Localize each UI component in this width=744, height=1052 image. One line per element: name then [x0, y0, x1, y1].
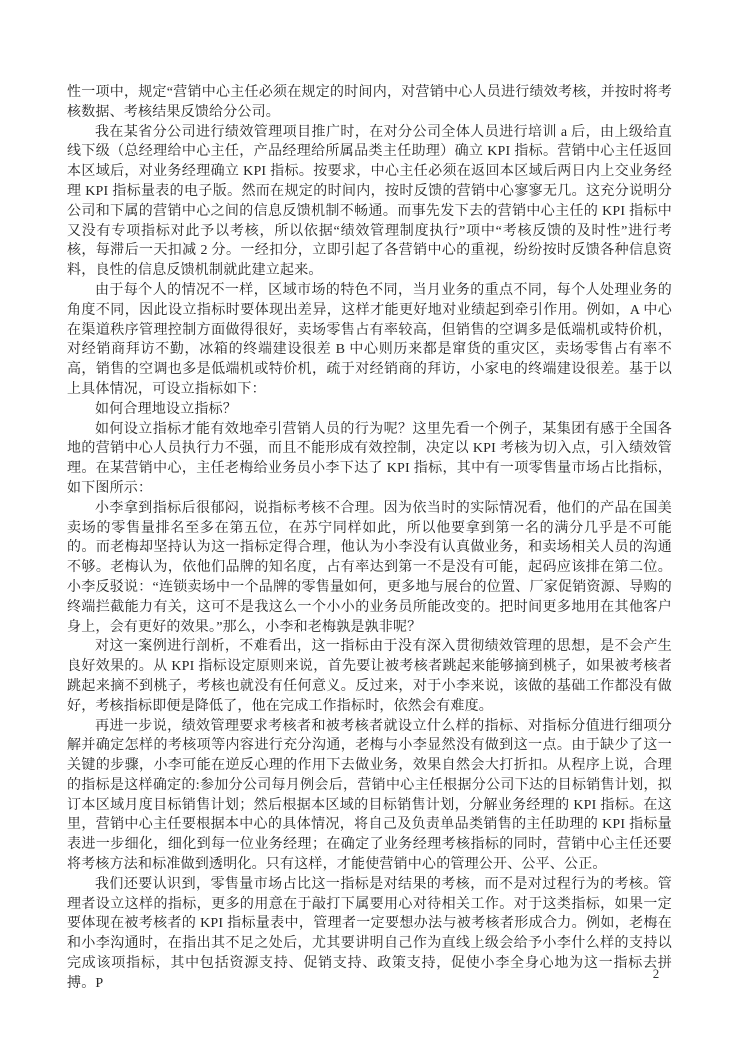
page-number: 2 [644, 966, 668, 982]
document-page: 性一项中，规定“营销中心主任必须在规定的时间内，对营销中心人员进行绩效考核，并按… [0, 0, 744, 1052]
paragraph-xiaoli-dispute: 小李拿到指标后很郁闷，说指标考核不合理。因为依当时的实际情况看，他们的产品在国美… [67, 499, 672, 638]
paragraph-regional-differences: 由于每个人的情况不一样，区域市场的特色不同，当月业务的重点不同，每个人处理业务的… [67, 281, 672, 400]
paragraph-continuation: 性一项中，规定“营销中心主任必须在规定的时间内，对营销中心人员进行绩效考核，并按… [67, 83, 672, 123]
paragraph-result-vs-process: 我们还要认识到，零售量市场占比这一指标是对结果的考核，而不是对过程行为的考核。管… [67, 875, 672, 994]
paragraph-proper-procedure: 再进一步说，绩效管理要求考核者和被考核者就设立什么样的指标、对指标分值进行细项分… [67, 717, 672, 875]
paragraph-kpi-rollout-example: 我在某省分公司进行绩效管理项目推广时，在对分公司全体人员进行培训 a 后，由上级… [67, 123, 672, 281]
paragraph-xiaoli-kpi-intro: 如何设立指标才能有效地牵引营销人员的行为呢？这里先看一个例子，某集团有感于全国各… [67, 420, 672, 499]
paragraph-case-analysis: 对这一案例进行剖析，不难看出，这一指标由于没有深入贯彻绩效管理的思想，是不会产生… [67, 637, 672, 716]
paragraph-question-heading: 如何合理地设立指标？ [67, 400, 672, 420]
document-text-block: 性一项中，规定“营销中心主任必须在规定的时间内，对营销中心人员进行绩效考核，并按… [67, 83, 672, 994]
